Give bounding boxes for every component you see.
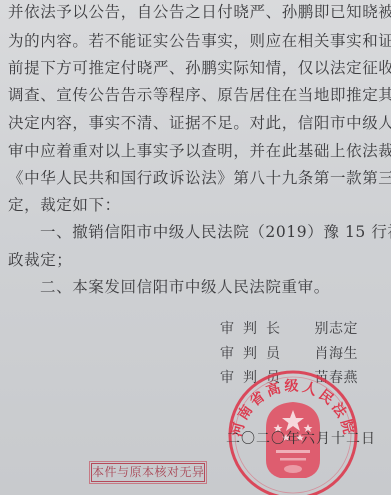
- body-line-6: 审中应着重对以上事实予以查明，并在此基础上依法裁判。根据: [8, 143, 388, 160]
- signature-name: 肖海生: [314, 346, 358, 362]
- body-line-5: 决定内容，事实不清、证据不足。对此，信阳市中级人民法院重: [8, 115, 388, 132]
- signature-judge-1: 审判员 肖海生: [220, 346, 358, 362]
- ruling-1-line-2: 政裁定；: [8, 252, 388, 269]
- certification-stamp: 本件与原本核对无异: [91, 463, 205, 482]
- signature-title: 审判员: [220, 346, 310, 362]
- document-page: 并依法予以公告，自公告之日付晓严、孙鹏即已知晓被诉行政行 为的内容。若不能证实公…: [0, 0, 391, 495]
- ruling-1-line-1: 一、撤销信阳市中级人民法院（2019）豫 15 行初 250 号行: [40, 224, 391, 241]
- body-line-2: 为的内容。若不能证实公告事实，则应在相关事实和证据印证的: [8, 33, 388, 50]
- body-line-4: 调查、宣传公告告示等程序、原告居住在当地即推定其知道征收: [8, 87, 388, 104]
- ruling-date: 二〇二〇年六月十二日: [226, 431, 376, 447]
- body-line-1: 并依法予以公告，自公告之日付晓严、孙鹏即已知晓被诉行政行: [8, 4, 388, 21]
- signature-title: 审判长: [220, 321, 310, 337]
- body-line-8: 定，裁定如下：: [8, 197, 388, 214]
- ruling-2: 二、本案发回信阳市中级人民法院重审。: [40, 279, 391, 296]
- signature-name: 别志定: [314, 321, 358, 337]
- body-line-3: 前提下方可推定付晓严、孙鹏实际知情，仅以法定征收需经入户: [8, 60, 388, 77]
- signature-presiding-judge: 审判长 别志定: [220, 321, 358, 337]
- body-line-7: 《中华人民共和国行政诉讼法》第八十九条第一款第三项之规: [8, 170, 388, 187]
